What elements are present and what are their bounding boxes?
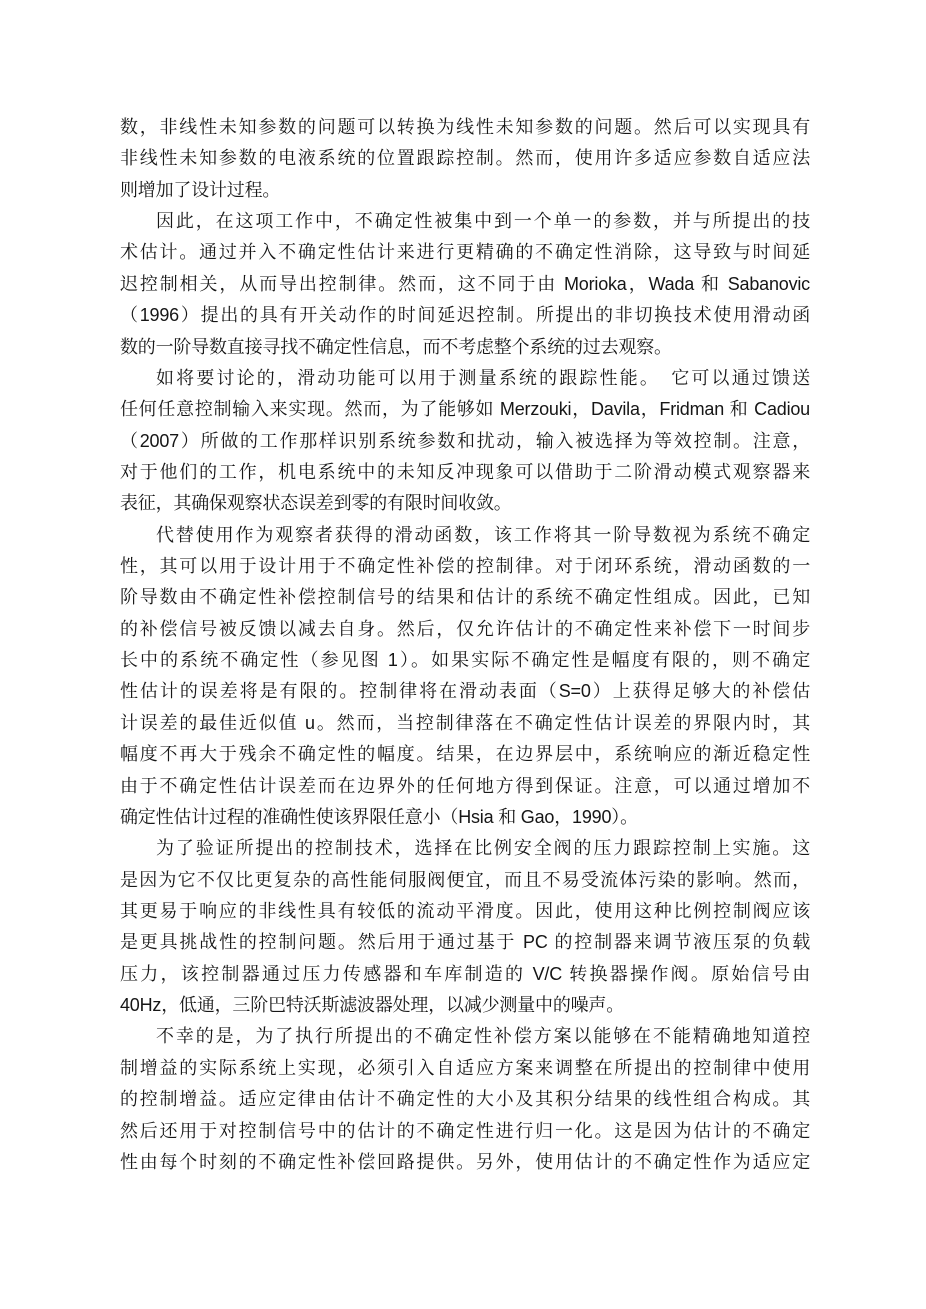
text-line: 性估计的误差将是有限的。控制律将在滑动表面（S=0）上获得足够大的补偿估 (120, 676, 810, 707)
text-line: 是更具挑战性的控制问题。然后用于通过基于 PC 的控制器来调节液压泵的负载 (120, 927, 810, 958)
document-page: 数，非线性未知参数的问题可以转换为线性未知参数的问题。然后可以实现具有非线性未知… (0, 0, 926, 1309)
text-line: 确定性估计过程的准确性使该界限任意小（Hsia 和 Gao，1990）。 (120, 802, 810, 833)
text-line: 40Hz，低通，三阶巴特沃斯滤波器处理，以减少测量中的噪声。 (120, 990, 810, 1021)
text-line: 的控制增益。适应定律由估计不确定性的大小及其积分结果的线性组合构成。其 (120, 1084, 810, 1115)
text-line: 阶导数由不确定性补偿控制信号的结果和估计的系统不确定性组成。因此，已知 (120, 582, 810, 613)
text-line: 为了验证所提出的控制技术，选择在比例安全阀的压力跟踪控制上实施。这 (120, 833, 810, 864)
text-line: 任何任意控制输入来实现。然而，为了能够如 Merzouki，Davila，Fri… (120, 394, 810, 425)
text-line: 性，其可以用于设计用于不确定性补偿的控制律。对于闭环系统，滑动函数的一 (120, 551, 810, 582)
text-line: 代替使用作为观察者获得的滑动函数，该工作将其一阶导数视为系统不确定 (120, 520, 810, 551)
text-line: 压力，该控制器通过压力传感器和车库制造的 V/C 转换器操作阀。原始信号由 (120, 959, 810, 990)
text-line: 其更易于响应的非线性具有较低的流动平滑度。因此，使用这种比例控制阀应该 (120, 896, 810, 927)
text-line: 不幸的是，为了执行所提出的不确定性补偿方案以能够在不能精确地知道控 (120, 1021, 810, 1052)
text-line: （1996）提出的具有开关动作的时间延迟控制。所提出的非切换技术使用滑动函 (120, 300, 810, 331)
text-line: 由于不确定性估计误差而在边界外的任何地方得到保证。注意，可以通过增加不 (120, 771, 810, 802)
text-line: 迟控制相关，从而导出控制律。然而，这不同于由 Morioka，Wada 和 Sa… (120, 269, 810, 300)
text-line: 术估计。通过并入不确定性估计来进行更精确的不确定性消除，这导致与时间延 (120, 237, 810, 268)
text-line: 制增益的实际系统上实现，必须引入自适应方案来调整在所提出的控制律中使用 (120, 1053, 810, 1084)
text-line: 则增加了设计过程。 (120, 175, 810, 206)
text-line: 的补偿信号被反馈以减去自身。然后，仅允许估计的不确定性来补偿下一时间步 (120, 614, 810, 645)
text-line: 性由每个时刻的不确定性补偿回路提供。另外，使用估计的不确定性作为适应定 (120, 1147, 810, 1178)
text-line: 对于他们的工作，机电系统中的未知反冲现象可以借助于二阶滑动模式观察器来 (120, 457, 810, 488)
text-line: 然后还用于对控制信号中的估计的不确定性进行归一化。这是因为估计的不确定 (120, 1116, 810, 1147)
text-line: 非线性未知参数的电液系统的位置跟踪控制。然而，使用许多适应参数自适应法 (120, 143, 810, 174)
text-line: （2007）所做的工作那样识别系统参数和扰动，输入被选择为等效控制。注意， (120, 426, 810, 457)
text-line: 如将要讨论的，滑动功能可以用于测量系统的跟踪性能。 它可以通过馈送 (120, 363, 810, 394)
text-line: 表征，其确保观察状态误差到零的有限时间收敛。 (120, 488, 810, 519)
text-line: 数，非线性未知参数的问题可以转换为线性未知参数的问题。然后可以实现具有 (120, 112, 810, 143)
text-line: 计误差的最佳近似值 u。然而，当控制律落在不确定性估计误差的界限内时，其 (120, 708, 810, 739)
text-line: 因此，在这项工作中，不确定性被集中到一个单一的参数，并与所提出的技 (120, 206, 810, 237)
text-line: 幅度不再大于残余不确定性的幅度。结果，在边界层中，系统响应的渐近稳定性 (120, 739, 810, 770)
text-line: 长中的系统不确定性（参见图 1）。如果实际不确定性是幅度有限的，则不确定 (120, 645, 810, 676)
text-line: 是因为它不仅比更复杂的高性能伺服阀便宜，而且不易受流体污染的影响。然而， (120, 865, 810, 896)
text-block: 数，非线性未知参数的问题可以转换为线性未知参数的问题。然后可以实现具有非线性未知… (120, 112, 810, 1178)
text-line: 数的一阶导数直接寻找不确定性信息，而不考虑整个系统的过去观察。 (120, 332, 810, 363)
